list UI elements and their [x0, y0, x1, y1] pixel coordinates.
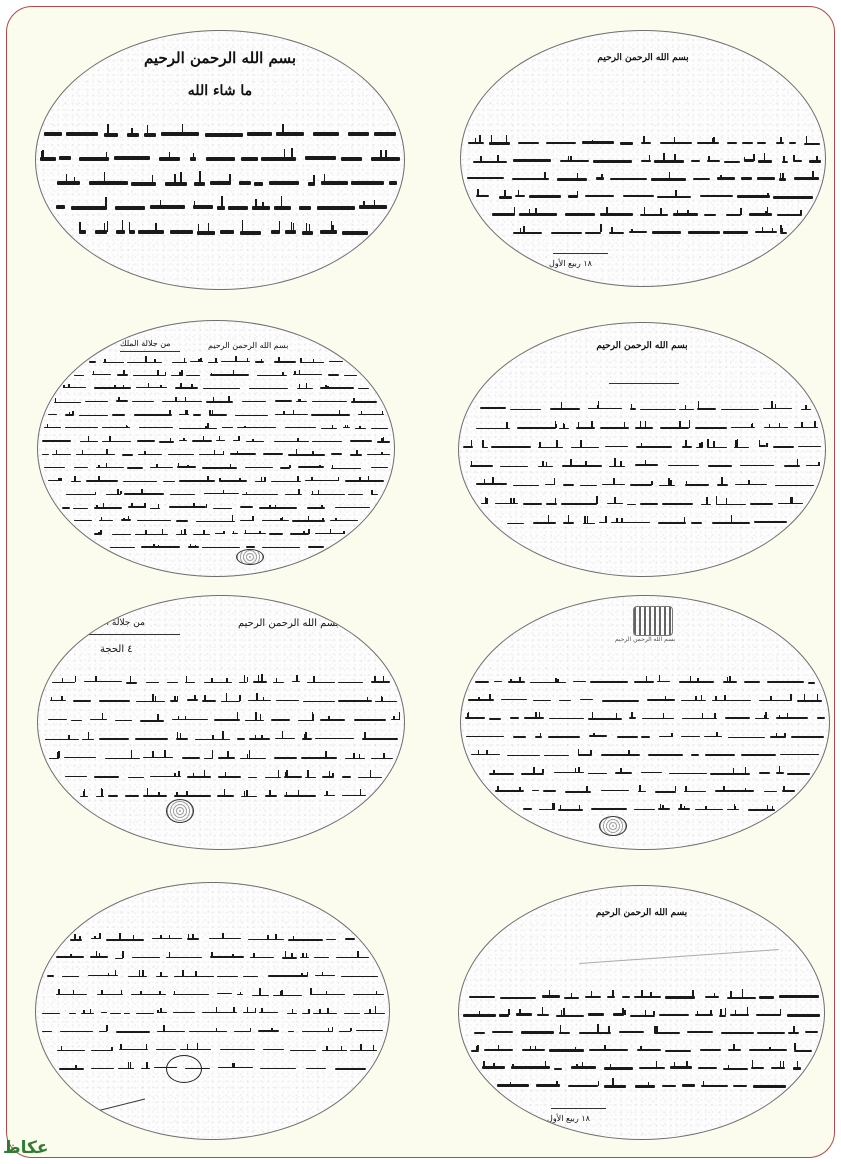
script-ascender [95, 676, 97, 682]
script-ascender [186, 676, 188, 682]
script-ascender [332, 1027, 334, 1031]
script-stroke [315, 975, 336, 976]
script-stroke [235, 415, 267, 416]
script-stroke [721, 1032, 753, 1034]
script-ascender [669, 172, 671, 179]
script-ascender [380, 150, 382, 159]
script-ascender [74, 476, 76, 481]
script-stroke [679, 409, 694, 411]
script-stroke [604, 1085, 626, 1087]
script-stroke [560, 160, 589, 162]
script-ascender [577, 173, 579, 179]
script-ascender [235, 356, 237, 361]
script-stroke [197, 231, 215, 235]
script-stroke [276, 700, 299, 702]
script-ascender [475, 138, 477, 143]
script-ascender [312, 714, 314, 720]
script-ascender [131, 128, 133, 134]
script-stroke [42, 1013, 59, 1014]
script-ascender [523, 226, 525, 232]
script-ascender [783, 1061, 785, 1068]
script-stroke [350, 440, 373, 441]
script-ascender [764, 153, 766, 161]
script-ascender [207, 423, 209, 428]
script-stroke [217, 993, 232, 994]
script-stroke [123, 481, 157, 482]
script-stroke [551, 232, 581, 234]
script-ascender [641, 443, 643, 447]
script-ascender [520, 228, 522, 232]
script-ascender [261, 674, 263, 682]
script-stroke [708, 465, 731, 467]
script-ascender [213, 397, 215, 401]
script-stroke [150, 205, 185, 209]
script-stroke [755, 231, 777, 233]
script-ascender [219, 436, 221, 441]
script-ascender [69, 412, 71, 414]
script-ascender [221, 196, 223, 208]
script-stroke [138, 230, 163, 234]
script-ascender [611, 227, 613, 233]
script-ascender [549, 990, 551, 997]
script-stroke [524, 717, 544, 719]
script-stroke [174, 795, 211, 797]
script-stroke [269, 533, 283, 534]
script-ascender [269, 505, 271, 508]
script-stroke [137, 520, 171, 521]
script-stroke [140, 720, 164, 722]
document-image-3: بسم الله الرحمن الرحيم من جلالة الملك [37, 320, 395, 577]
script-ascender [560, 805, 562, 809]
script-ascender [101, 789, 103, 796]
script-ascender [782, 173, 784, 178]
script-stroke [110, 547, 135, 548]
script-ascender [96, 505, 98, 507]
publication-logo: عكاظ [3, 1140, 49, 1157]
script-ascender [720, 175, 722, 179]
script-ascender [104, 223, 106, 233]
script-ascender [530, 1046, 532, 1051]
script-stroke [305, 156, 336, 160]
script-stroke [554, 1068, 563, 1070]
script-stroke [492, 213, 515, 215]
script-stroke [48, 719, 67, 721]
script-ascender [742, 989, 744, 997]
faint-fold-line [579, 949, 779, 964]
script-stroke [623, 195, 654, 197]
script-stroke [326, 939, 336, 940]
script-stroke [757, 1032, 785, 1034]
script-stroke [125, 795, 139, 797]
script-ascender [140, 991, 142, 995]
script-ascender [721, 477, 723, 485]
script-stroke [805, 1031, 818, 1033]
script-ascender [735, 1010, 737, 1015]
script-ascender [280, 518, 282, 521]
script-ascender [651, 481, 653, 485]
script-stroke [290, 533, 309, 534]
script-stroke [590, 681, 629, 683]
script-stroke [179, 428, 217, 429]
script-stroke [701, 1085, 728, 1087]
script-stroke [601, 754, 640, 756]
script-stroke [700, 1049, 721, 1051]
script-stroke [538, 466, 553, 468]
script-ascender [794, 1043, 796, 1050]
calligraphy-emblem [633, 606, 673, 636]
script-ascender [223, 490, 225, 495]
script-ascender [519, 787, 521, 792]
script-stroke [513, 159, 551, 161]
script-stroke [156, 976, 168, 977]
script-stroke [665, 1050, 690, 1052]
script-stroke [176, 520, 189, 521]
script-ascender [614, 497, 616, 504]
script-stroke [138, 454, 162, 455]
script-ascender [477, 191, 479, 197]
script-ascender [291, 953, 293, 958]
seal-stamp [166, 799, 194, 823]
script-ascender [535, 712, 537, 718]
document-image-7 [35, 882, 390, 1140]
script-ascender [616, 713, 618, 718]
script-ascender [605, 516, 607, 523]
script-stroke [202, 547, 240, 548]
script-stroke [237, 738, 244, 740]
script-ascender [193, 153, 195, 159]
script-ascender [345, 425, 347, 428]
script-ascender [96, 951, 98, 958]
script-stroke [119, 1049, 148, 1050]
script-stroke [549, 1049, 584, 1051]
script-stroke [704, 736, 722, 738]
script-ascender [141, 489, 143, 494]
script-ascender [787, 713, 789, 718]
script-stroke [99, 700, 129, 702]
script-ascender [284, 149, 286, 158]
script-ascender [471, 461, 473, 465]
script-ascender [600, 224, 602, 232]
script-stroke [320, 719, 345, 721]
script-stroke [240, 758, 265, 760]
script-stroke [605, 446, 628, 448]
script-stroke [167, 682, 178, 684]
script-ascender [518, 190, 520, 196]
script-stroke [355, 428, 366, 429]
paper-texture [459, 323, 825, 576]
script-ascender [716, 496, 718, 504]
script-ascender [812, 172, 814, 179]
script-ascender [542, 769, 544, 773]
script-ascender [817, 694, 819, 700]
script-ascender [298, 399, 300, 402]
script-ascender [383, 437, 385, 442]
script-stroke [284, 795, 315, 797]
script-stroke [658, 522, 686, 524]
script-stroke [99, 738, 130, 740]
script-ascender [373, 1045, 375, 1050]
script-ascender [239, 695, 241, 701]
script-ascender [194, 201, 196, 207]
script-stroke [348, 132, 369, 136]
script-stroke [274, 206, 290, 210]
script-stroke [741, 754, 777, 756]
script-stroke [132, 401, 154, 402]
script-ascender [261, 735, 263, 739]
script-stroke [239, 682, 248, 684]
script-stroke [657, 196, 690, 198]
script-ascender [319, 1009, 321, 1013]
script-ascender [640, 421, 642, 428]
script-stroke [217, 795, 234, 797]
script-stroke [312, 401, 347, 402]
script-ascender [593, 733, 595, 737]
script-ascender [206, 504, 208, 508]
script-ascender [751, 424, 753, 428]
script-stroke [724, 161, 740, 163]
script-ascender [510, 498, 512, 504]
script-ascender [255, 199, 257, 208]
script-ascender [519, 677, 521, 682]
script-stroke [518, 142, 539, 144]
script-ascender [330, 529, 332, 534]
script-ascender [120, 491, 122, 494]
script-stroke [85, 401, 108, 402]
script-ascender [684, 806, 686, 810]
script-stroke [260, 1068, 296, 1069]
script-ascender [180, 172, 182, 183]
script-ascender [70, 954, 72, 958]
script-stroke [682, 446, 692, 448]
script-ascender [156, 464, 158, 468]
script-ascender [114, 385, 116, 389]
script-ascender [779, 766, 781, 773]
script-stroke [116, 230, 125, 234]
script-ascender [297, 476, 299, 481]
script-ascender [279, 221, 281, 232]
script-stroke [665, 996, 695, 998]
script-stroke [241, 796, 257, 798]
document-image-5: بسم الله الرحمن الرحيم من جلالة الملك ٤ … [37, 595, 405, 850]
script-stroke [220, 1049, 254, 1050]
script-stroke [659, 736, 672, 738]
script-stroke [59, 1068, 84, 1069]
script-ascender [152, 175, 154, 184]
script-ascender [747, 1007, 749, 1015]
script-stroke [320, 230, 337, 234]
script-ascender [780, 1061, 782, 1068]
script-stroke [80, 441, 98, 442]
script-stroke [230, 453, 256, 454]
script-stroke [801, 409, 811, 411]
script-ascender [191, 384, 193, 388]
script-ascender [148, 383, 150, 388]
script-ascender [686, 1061, 688, 1068]
script-stroke [187, 776, 211, 778]
script-ascender [209, 410, 211, 415]
script-stroke [342, 231, 368, 235]
script-ascender [545, 1061, 547, 1068]
script-stroke [707, 447, 728, 449]
script-ascender [772, 228, 774, 232]
script-ascender [720, 1009, 722, 1015]
script-ascender [610, 1064, 612, 1068]
script-ascender [107, 221, 109, 233]
script-ascender [311, 477, 313, 481]
script-ascender [105, 197, 107, 208]
script-stroke [159, 441, 174, 442]
script-stroke [311, 414, 350, 415]
script-ascender [160, 385, 162, 388]
script-stroke [682, 1084, 695, 1086]
script-ascender [42, 150, 44, 159]
script-ascender [104, 172, 106, 183]
script-stroke [205, 133, 243, 137]
script-stroke [133, 375, 167, 376]
script-stroke [489, 718, 501, 720]
script-stroke [49, 758, 58, 760]
script-stroke [180, 1049, 212, 1050]
script-ascender [73, 990, 75, 994]
script-ascender [744, 157, 746, 161]
script-stroke [136, 701, 166, 703]
script-ascender [578, 767, 580, 773]
script-stroke [510, 717, 519, 719]
script-ascender [177, 732, 179, 739]
script-stroke [110, 1013, 121, 1014]
script-stroke [45, 739, 79, 741]
script-stroke [91, 1050, 113, 1051]
script-ascender [705, 806, 707, 809]
script-ascender [797, 1061, 799, 1068]
script-stroke [122, 454, 133, 455]
script-ascender [646, 676, 648, 682]
script-stroke [44, 132, 62, 136]
script-stroke [759, 996, 774, 998]
script-stroke [135, 738, 168, 740]
script-stroke [244, 533, 265, 534]
document-subheader: من جلالة الملك [120, 339, 171, 348]
script-ascender [139, 970, 141, 977]
script-ascender [497, 786, 499, 792]
script-ascender [775, 404, 777, 409]
script-ascender [585, 461, 587, 466]
script-stroke [635, 1085, 656, 1087]
script-stroke [175, 387, 198, 388]
script-stroke [335, 1068, 366, 1069]
script-stroke [115, 958, 123, 959]
script-ascender [702, 713, 704, 718]
script-ascender [724, 695, 726, 700]
script-stroke [500, 466, 528, 468]
script-ascender [780, 1009, 782, 1015]
script-stroke [364, 1013, 385, 1014]
script-stroke [288, 454, 325, 455]
script-stroke [542, 995, 560, 997]
script-stroke [242, 401, 266, 402]
script-ascender [282, 372, 284, 375]
script-stroke [521, 1031, 554, 1033]
script-stroke [132, 957, 159, 958]
script-ascender [645, 1010, 647, 1015]
script-ascender [631, 404, 633, 409]
script-ascender [237, 451, 239, 454]
script-ascender [299, 370, 301, 376]
script-stroke [209, 938, 241, 939]
script-stroke [489, 773, 514, 775]
script-ascender [347, 425, 349, 429]
script-ascender [120, 1044, 122, 1050]
script-stroke [134, 414, 171, 415]
script-stroke [262, 520, 289, 521]
script-ascender [332, 773, 334, 777]
script-stroke [589, 1049, 628, 1051]
script-stroke [742, 142, 753, 144]
script-stroke [725, 717, 750, 719]
script-ascender [590, 750, 592, 755]
script-ascender [586, 786, 588, 791]
script-stroke [187, 699, 198, 701]
script-ascender [335, 518, 337, 521]
script-stroke [523, 808, 532, 810]
script-stroke [70, 939, 81, 940]
script-stroke [634, 996, 661, 998]
script-ascender [797, 459, 799, 466]
script-stroke [74, 467, 89, 468]
script-ascender [190, 544, 192, 547]
script-ascender [152, 751, 154, 758]
script-ascender [281, 196, 283, 207]
script-stroke [344, 375, 358, 376]
script-stroke [73, 700, 91, 702]
script-ascender [783, 786, 785, 791]
script-stroke [89, 181, 128, 185]
script-ascender [261, 359, 263, 362]
script-ascender [192, 934, 194, 939]
script-stroke [682, 718, 717, 720]
script-ascender [671, 733, 673, 736]
script-ascender [614, 458, 616, 466]
script-stroke [52, 682, 75, 684]
script-ascender [178, 716, 180, 720]
script-ascender [253, 953, 255, 958]
script-ascender [278, 770, 280, 777]
script-ascender [245, 530, 247, 534]
script-stroke [252, 995, 268, 996]
script-stroke [615, 772, 632, 774]
script-stroke [685, 484, 710, 486]
script-ascender [582, 1062, 584, 1068]
script-ascender [130, 676, 132, 682]
script-ascender [118, 397, 120, 402]
script-ascender [659, 675, 661, 682]
script-stroke [654, 160, 684, 162]
script-stroke [358, 777, 383, 779]
script-ascender [252, 516, 254, 521]
script-stroke [166, 957, 203, 958]
script-stroke [721, 409, 760, 411]
script-stroke [513, 485, 539, 487]
script-stroke [150, 467, 173, 468]
script-ascender [535, 1046, 537, 1051]
script-ascender [714, 713, 716, 719]
script-ascender [306, 383, 308, 388]
script-ascender [115, 970, 117, 976]
script-ascender [255, 735, 257, 739]
script-ascender [498, 1045, 500, 1051]
script-ascender [286, 792, 288, 796]
script-stroke [115, 206, 146, 210]
